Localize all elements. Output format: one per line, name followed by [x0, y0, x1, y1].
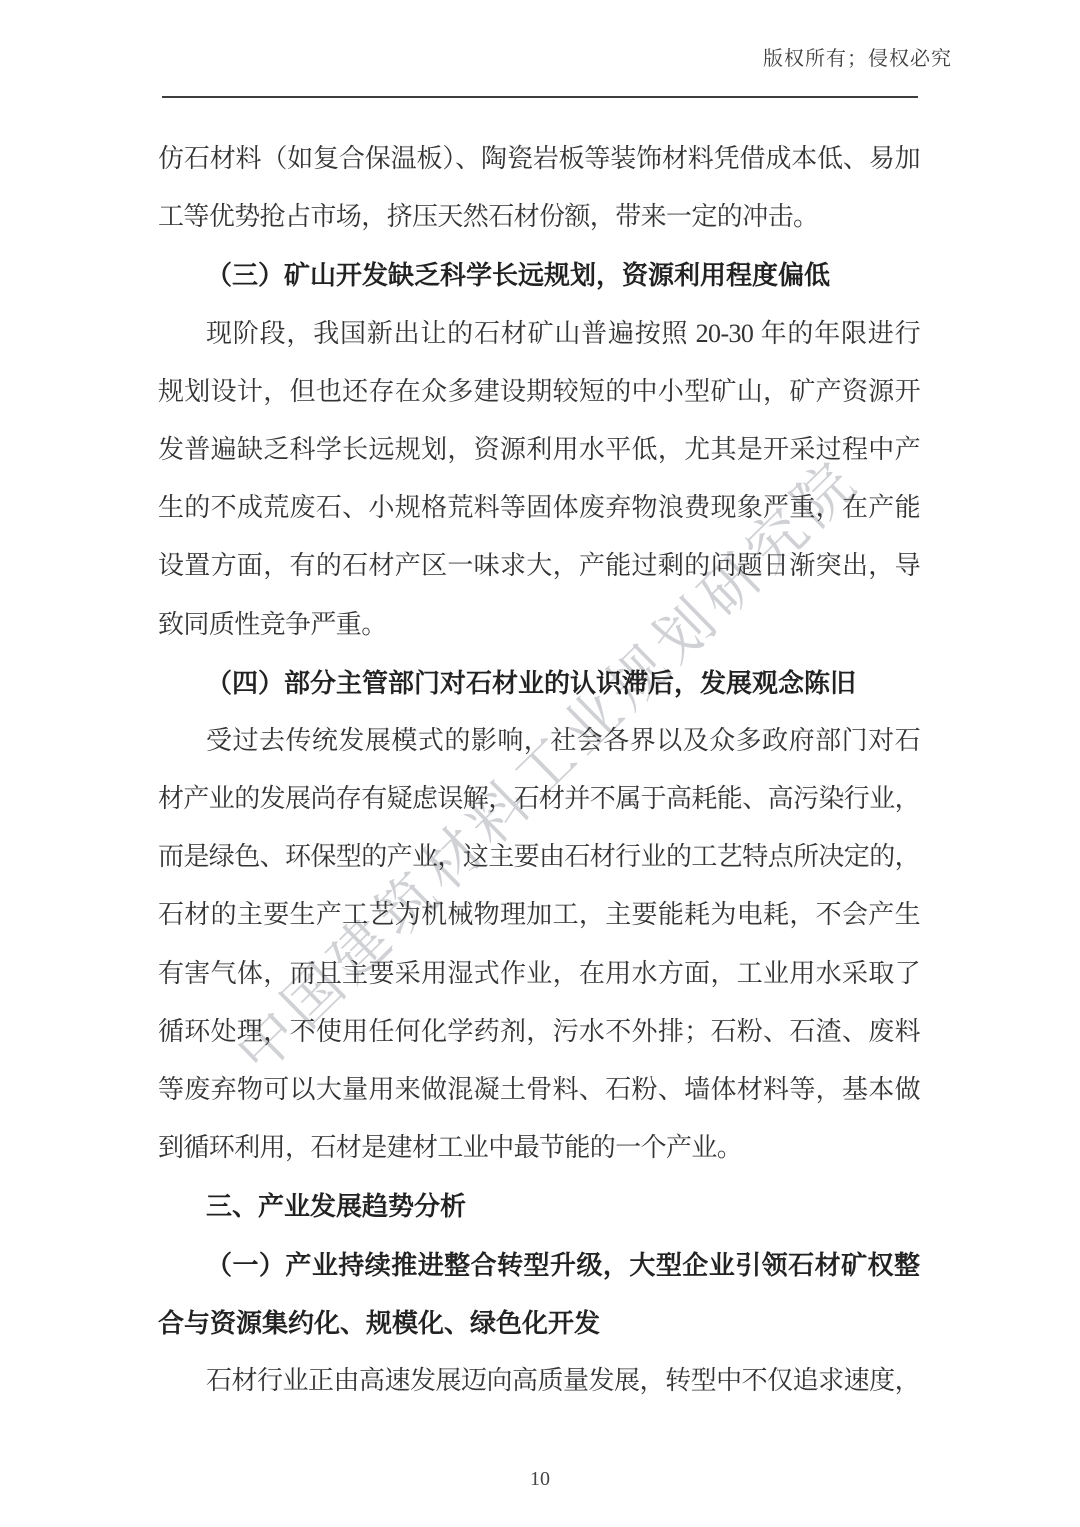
- text-line: 现阶段，我国新出让的石材矿山普遍按照 20-30 年的年限进行: [158, 305, 920, 363]
- text-line: 发普遍缺乏科学长远规划，资源利用水平低，尤其是开采过程中产: [158, 421, 920, 479]
- text-line: 石材的主要生产工艺为机械物理加工，主要能耗为电耗，不会产生: [158, 886, 920, 944]
- text-line: 设置方面，有的石材产区一味求大，产能过剩的问题日渐突出，导: [158, 537, 920, 595]
- text-line: 石材行业正由高速发展迈向高质量发展，转型中不仅追求速度，: [158, 1352, 920, 1410]
- text-line: 工等优势抢占市场，挤压天然石材份额，带来一定的冲击。: [158, 188, 920, 246]
- copyright-notice: 版权所有；侵权必究: [0, 42, 952, 71]
- document-page: 版权所有；侵权必究 中国建筑材料工业规划研究院 仿石材料（如复合保温板）、陶瓷岩…: [0, 0, 1080, 1527]
- section-heading: （四）部分主管部门对石材业的认识滞后，发展观念陈旧: [158, 654, 920, 712]
- section-heading: 合与资源集约化、规模化、绿色化开发: [158, 1294, 920, 1352]
- text-line: 有害气体，而且主要采用湿式作业，在用水方面，工业用水采取了: [158, 945, 920, 1003]
- text-line: 仿石材料（如复合保温板）、陶瓷岩板等装饰材料凭借成本低、易加: [158, 130, 920, 188]
- text-line: 循环处理，不使用任何化学药剂，污水不外排；石粉、石渣、废料: [158, 1003, 920, 1061]
- text-line: 规划设计，但也还存在众多建设期较短的中小型矿山，矿产资源开: [158, 363, 920, 421]
- text-line: 等废弃物可以大量用来做混凝土骨料、石粉、墙体材料等，基本做: [158, 1061, 920, 1119]
- text-line: 而是绿色、环保型的产业，这主要由石材行业的工艺特点所决定的，: [158, 828, 920, 886]
- header-rule: [162, 96, 918, 98]
- text-line: 到循环利用，石材是建材工业中最节能的一个产业。: [158, 1119, 920, 1177]
- text-line: 生的不成荒废石、小规格荒料等固体废弃物浪费现象严重，在产能: [158, 479, 920, 537]
- section-heading: 三、产业发展趋势分析: [158, 1177, 920, 1235]
- document-body: 仿石材料（如复合保温板）、陶瓷岩板等装饰材料凭借成本低、易加 工等优势抢占市场，…: [158, 130, 920, 1410]
- section-heading: （一）产业持续推进整合转型升级，大型企业引领石材矿权整: [158, 1236, 920, 1294]
- text-line: 受过去传统发展模式的影响，社会各界以及众多政府部门对石: [158, 712, 920, 770]
- text-line: 材产业的发展尚存有疑虑误解，石材并不属于高耗能、高污染行业，: [158, 770, 920, 828]
- section-heading: （三）矿山开发缺乏科学长远规划，资源利用程度偏低: [158, 246, 920, 304]
- page-number: 10: [0, 1468, 1080, 1491]
- text-line: 致同质性竞争严重。: [158, 596, 920, 654]
